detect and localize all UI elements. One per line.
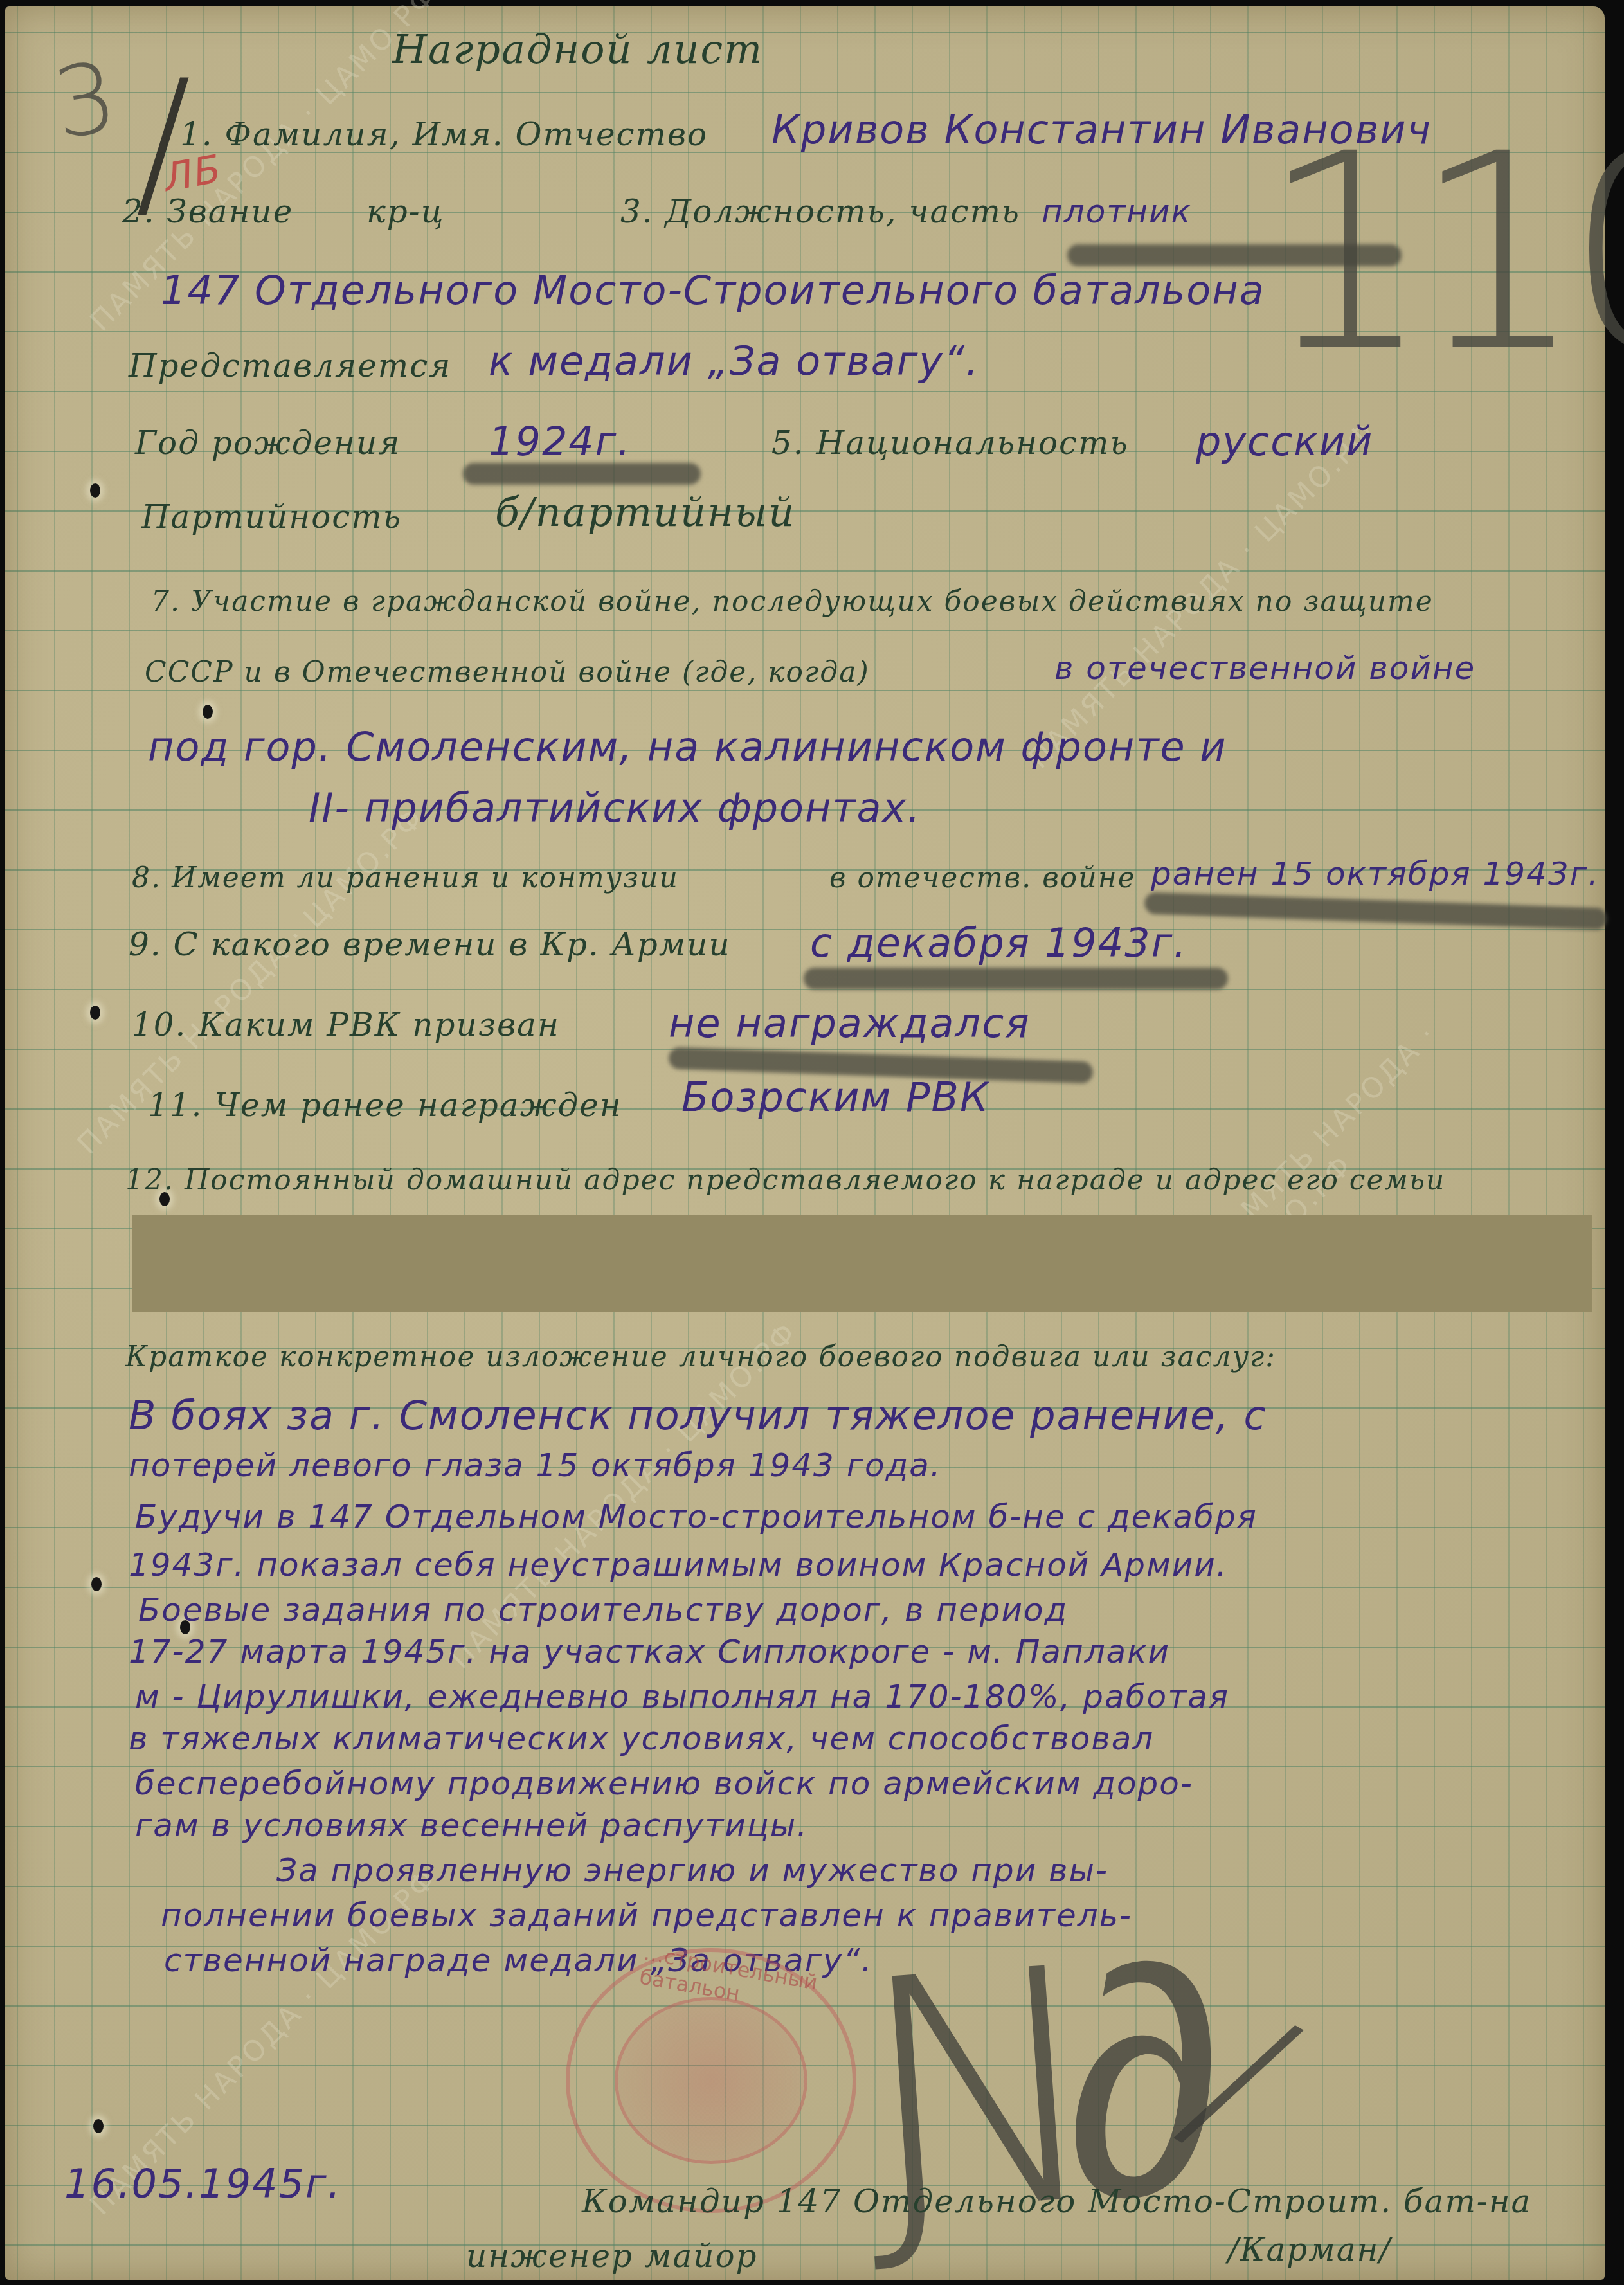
field-label-birth-year: Год рождения [135, 424, 401, 462]
unit-stamp: …строительный батальон [566, 1948, 856, 2213]
field-value-war-participation-2: под гор. Смоленским, на калининском фрон… [148, 723, 1227, 770]
field-value-rank: кр-ц [366, 193, 445, 230]
field-value-party: б/партийный [495, 489, 795, 536]
summary-line: бесперебойному продвижению войск по арме… [135, 1765, 1193, 1802]
field-label-recommended: Представляется [129, 347, 451, 384]
pencil-underline [463, 463, 701, 485]
field-label-prior-awards: 11. Чем ранее награжден [148, 1087, 622, 1124]
field-value-unit: 147 Отдельного Мосто-Строительного батал… [161, 267, 1265, 314]
summary-line: потерей левого глаза 15 октября 1943 год… [129, 1447, 942, 1484]
summary-line: В боях за г. Смоленск получил тяжелое ра… [129, 1392, 1267, 1439]
summary-line: Будучи в 147 Отдельном Мосто-строительно… [135, 1498, 1258, 1535]
summary-line: гам в условиях весенней распутицы. [135, 1807, 808, 1844]
commander-signature: Ɲ∂ [849, 1892, 1196, 2285]
redacted-address-block [132, 1215, 1592, 1312]
field-label-wounds-war: в отечеств. войне [829, 862, 1136, 894]
field-label-nationality: 5. Национальность [771, 424, 1129, 462]
summary-line: 1943г. показал себя неустрашимым воином … [129, 1546, 1228, 1584]
pencil-underline [1067, 244, 1402, 266]
field-value-award: к медали „За отвагу“. [489, 338, 980, 384]
summary-line: м - Цирулишки, ежедневно выполнял на 170… [135, 1678, 1229, 1715]
punch-hole [203, 705, 213, 719]
punch-hole [90, 1006, 100, 1020]
signature-name: /Карман/ [1228, 2231, 1391, 2268]
document-date: 16.05.1945г. [64, 2160, 341, 2207]
field-value-birth-year: 1924г. [489, 418, 631, 465]
field-value-draft-office: Бозрским РВК [681, 1074, 989, 1121]
signature-commander-title: Командир 147 Отдельного Мосто-Строит. ба… [582, 2183, 1531, 2220]
field-value-war-participation: в отечественной войне [1054, 649, 1475, 687]
field-value-prior-awards: не награждался [669, 1000, 1031, 1047]
field-value-nationality: русский [1196, 418, 1373, 465]
summary-line: Боевые задания по строительству дорог, в… [138, 1591, 1068, 1629]
field-value-wounds: ранен 15 октября 1943г. [1151, 855, 1600, 892]
punch-hole [93, 2119, 104, 2133]
punch-hole [91, 1577, 102, 1591]
summary-line: 17-27 марта 1945г. на участках Сиплокрог… [129, 1633, 1170, 1670]
field-label-war-participation-cont: СССР и в Отечественной войне (где, когда… [145, 656, 870, 689]
field-label-full-name: 1. Фамилия, Имя. Отчество [180, 116, 708, 153]
stamp-emblem [615, 1997, 807, 2164]
field-label-home-address: 12. Постоянный домашний адрес представля… [125, 1164, 1445, 1197]
field-label-army-since: 9. С какого времени в Кр. Армии [129, 926, 731, 963]
field-label-position: 3. Должность, часть [620, 193, 1020, 230]
field-value-full-name: Кривов Константин Иванович [771, 106, 1432, 153]
field-label-war-participation: 7. Участие в гражданской войне, последую… [151, 585, 1434, 618]
field-label-party: Партийность [141, 498, 402, 536]
summary-line: в тяжелых климатических условиях, чем сп… [129, 1720, 1154, 1757]
signature-rank: инженер майор [466, 2237, 758, 2275]
summary-heading: Краткое конкретное изложение личного бое… [125, 1341, 1276, 1373]
pencil-underline [804, 968, 1228, 989]
field-value-position: плотник [1042, 193, 1192, 230]
document-title: Наградной лист [392, 26, 763, 73]
field-label-rank: 2. Звание [122, 193, 293, 230]
field-value-army-since: с декабря 1943г. [810, 919, 1187, 966]
summary-line: За проявленную энергию и мужество при вы… [276, 1852, 1108, 1889]
punch-hole [90, 483, 100, 498]
field-value-war-participation-3: II- прибалтийских фронтах. [309, 784, 921, 831]
field-label-wounds: 8. Имеет ли ранения и контузии [132, 862, 679, 894]
field-label-draft-office: 10. Каким РВК призван [132, 1006, 560, 1043]
